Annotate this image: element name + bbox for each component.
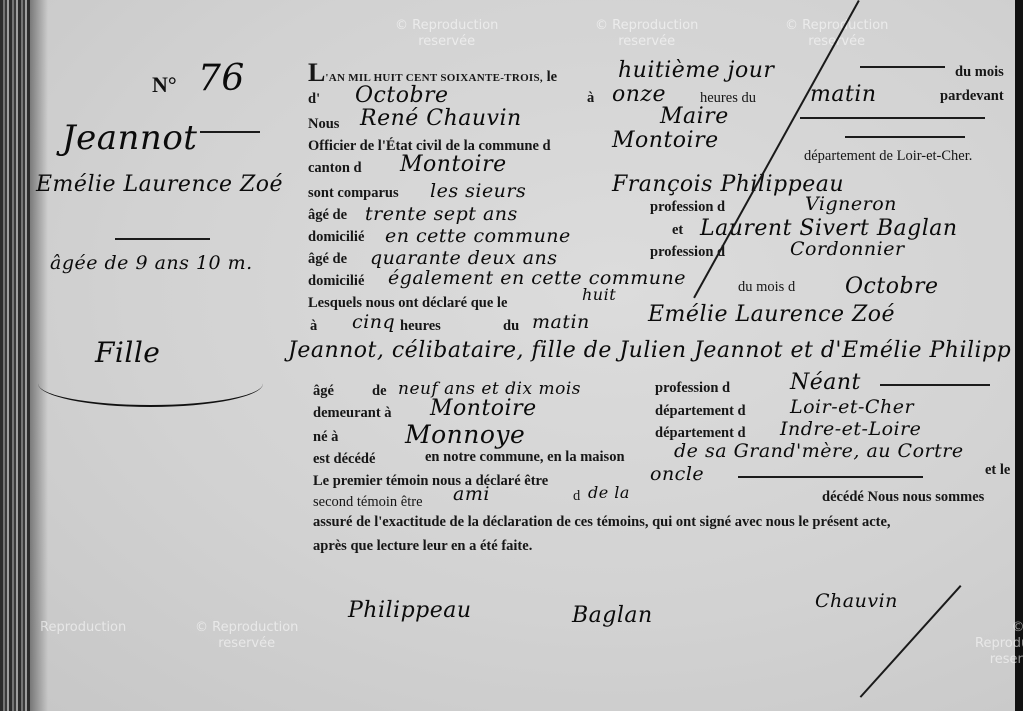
label-demeurant: demeurant à bbox=[313, 405, 392, 422]
label-profession-3: profession d bbox=[655, 380, 730, 397]
label-age-1: âgé de bbox=[308, 207, 347, 224]
act-number: 76 bbox=[198, 58, 245, 99]
watermark: © Reproductionreservée bbox=[395, 18, 498, 50]
label-est-decede: est décédé bbox=[313, 451, 375, 468]
label-second-temoin: second témoin être bbox=[313, 494, 423, 511]
hw-naissance-dept: Indre-et-Loire bbox=[780, 418, 921, 440]
margin-age: âgée de 9 ans 10 m. bbox=[50, 252, 253, 274]
hw-mois: Octobre bbox=[355, 83, 449, 108]
hw-temoin1-age: trente sept ans bbox=[365, 203, 518, 225]
label-canton: canton d bbox=[308, 160, 362, 177]
hw-officier-nom: René Chauvin bbox=[360, 106, 522, 131]
hw-jour: huitième jour bbox=[618, 58, 774, 83]
hw-deces-heure: cinq bbox=[352, 311, 395, 333]
hw-maison: de sa Grand'mère, au Cortre bbox=[674, 440, 964, 462]
label-a: à bbox=[587, 90, 594, 107]
hw-temoin2-domicile: également en cette commune bbox=[388, 267, 686, 289]
hw-defunt-profession: Néant bbox=[790, 370, 861, 395]
label-ne-a: né à bbox=[313, 429, 338, 446]
watermark: © Reproductionreservée bbox=[975, 620, 1023, 668]
hw-naissance: Monnoye bbox=[405, 420, 525, 449]
page-edge bbox=[1015, 0, 1023, 711]
label-du-mois: du mois bbox=[955, 64, 1004, 81]
hw-temoin1-lien: oncle bbox=[650, 463, 704, 485]
signature-chauvin: Chauvin bbox=[815, 590, 898, 612]
watermark: © Reproductionreservée bbox=[595, 18, 698, 50]
fill-line bbox=[845, 136, 965, 138]
underline bbox=[200, 131, 260, 133]
label-age-3: âgé bbox=[313, 383, 334, 400]
signature-baglan: Baglan bbox=[572, 603, 653, 628]
label-d: d' bbox=[308, 91, 320, 108]
hw-deces-moment: matin bbox=[532, 311, 590, 333]
label-premier-temoin: Le premier témoin nous a déclaré être bbox=[313, 473, 548, 490]
label-profession-1: profession d bbox=[650, 199, 725, 216]
hw-demeurant: Montoire bbox=[430, 396, 537, 421]
hw-de-la: de la bbox=[588, 483, 630, 502]
hw-demeurant-dept: Loir-et-Cher bbox=[790, 396, 914, 418]
label-assure: assuré de l'exactitude de la déclaration… bbox=[313, 514, 891, 531]
label-du-mois-d: du mois d bbox=[738, 279, 795, 296]
signature-philippeau: Philippeau bbox=[348, 598, 472, 623]
hw-moment: matin bbox=[810, 82, 877, 107]
register-page: © Reproductionreservée © Reproductionres… bbox=[0, 0, 1023, 711]
margin-flourish bbox=[38, 360, 263, 407]
label-domicilie-1: domicilié bbox=[308, 229, 364, 246]
hw-temoin1-prefix: les sieurs bbox=[430, 180, 526, 202]
act-number-label: N° bbox=[152, 72, 177, 98]
fill-line bbox=[738, 476, 923, 478]
label-lesquels: Lesquels nous ont déclaré que le bbox=[308, 295, 507, 312]
hw-heure: onze bbox=[612, 82, 666, 107]
label-heures-2: heures bbox=[400, 318, 441, 335]
label-en-notre-commune: en notre commune, en la maison bbox=[425, 449, 625, 466]
label-et: et bbox=[672, 222, 683, 239]
label-age-2: âgé de bbox=[308, 251, 347, 268]
label-decede-nous: décédé Nous nous sommes bbox=[822, 489, 984, 506]
label-pardevant: pardevant bbox=[940, 88, 1004, 105]
label-departement-loir: département de Loir-et-Cher. bbox=[804, 148, 972, 165]
label-comparus: sont comparus bbox=[308, 185, 399, 202]
hw-temoin2-lien: ami bbox=[453, 483, 490, 505]
watermark: © Reproductionreservée bbox=[195, 620, 298, 652]
label-nous: Nous bbox=[308, 116, 339, 133]
hw-deces-jour: huit bbox=[582, 285, 616, 304]
label-departement-d1: département d bbox=[655, 403, 746, 420]
hw-officier-titre: Maire bbox=[660, 104, 729, 129]
hw-temoin1-domicile: en cette commune bbox=[385, 225, 571, 247]
fill-line bbox=[880, 384, 990, 386]
margin-given-names: Emélie Laurence Zoé bbox=[36, 172, 283, 197]
watermark: © Reproductionreservée bbox=[785, 18, 888, 50]
underline bbox=[115, 238, 210, 240]
hw-commune: Montoire bbox=[612, 128, 719, 153]
label-d-small: d bbox=[573, 488, 580, 505]
book-binding bbox=[0, 0, 30, 711]
hw-defunt-nom-suite: Jeannot, célibataire, fille de Julien Je… bbox=[288, 338, 1011, 363]
fill-line bbox=[800, 117, 985, 119]
binding-shadow bbox=[30, 0, 48, 711]
hw-canton: Montoire bbox=[400, 152, 507, 177]
hw-temoin2-profession: Cordonnier bbox=[790, 238, 905, 260]
label-du-2: du bbox=[503, 318, 519, 335]
hw-deces-mois: Octobre bbox=[845, 274, 939, 299]
label-de-3: de bbox=[372, 383, 387, 400]
watermark: Reproduction bbox=[40, 620, 126, 636]
hw-temoin1-profession: Vigneron bbox=[805, 193, 897, 215]
label-a-2: à bbox=[310, 318, 317, 335]
hw-defunt-prenoms: Emélie Laurence Zoé bbox=[648, 302, 895, 327]
fill-line bbox=[860, 66, 945, 68]
margin-surname: Jeannot bbox=[62, 118, 197, 158]
label-et-le: et le bbox=[985, 462, 1010, 479]
label-domicilie-2: domicilié bbox=[308, 273, 364, 290]
label-apres: après que lecture leur en a été faite. bbox=[313, 538, 532, 555]
hw-temoin2-age: quarante deux ans bbox=[370, 247, 558, 269]
